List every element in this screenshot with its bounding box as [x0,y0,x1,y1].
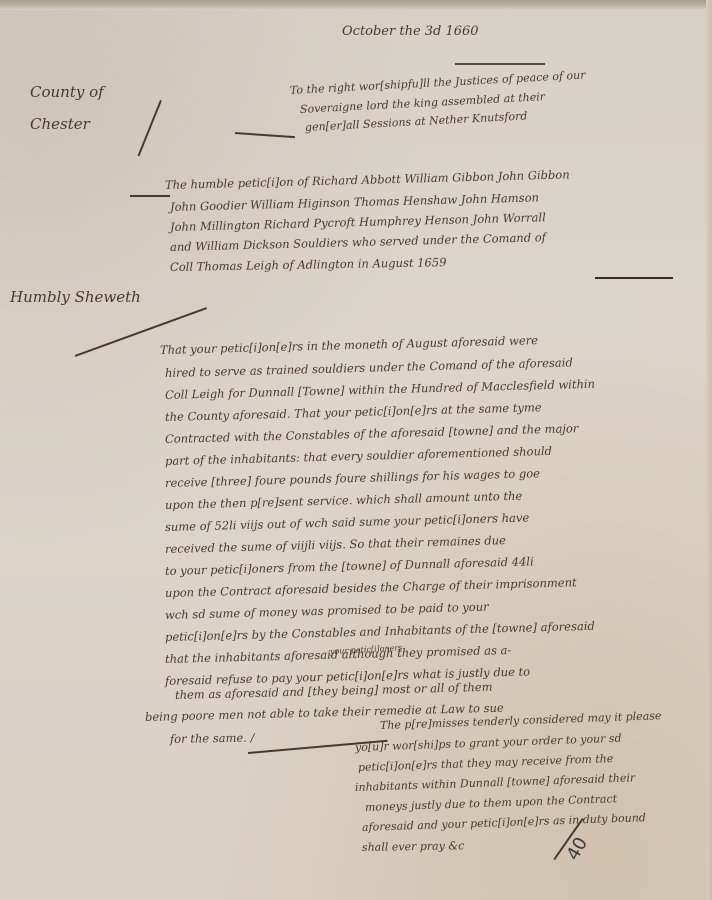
body-line-7: receive [three] foure pounds foure shill… [165,468,540,489]
body-line-10: received the sume of viijli viijs. So th… [165,535,506,555]
prayer-line-2: yo[u]r wor[shi]ps to grant your order to… [355,733,622,753]
body-line-9: sume of 52li viijs out of wch said sume … [165,512,530,533]
body-line-13: wch sd sume of money was promised to be … [165,602,489,622]
body-line-3: Coll Leigh for Dunnall [Towne] within th… [165,379,595,402]
body-line-1: That your petic[i]on[e]rs in the moneth … [160,335,538,356]
petition-heading-line-4: and William Dickson Souldiers who served… [170,232,546,253]
body-line-2: hired to serve as trained souldiers unde… [165,357,573,379]
petition-lead-stroke [130,195,170,197]
prayer-line-5: moneys justly due to them upon the Contr… [365,793,617,813]
page-right-edge [706,0,712,900]
body-line-19: for the same. / [170,733,255,746]
manuscript-page: October the 3d 1660 County of Chester To… [0,0,712,900]
prayer-line-7: shall ever pray &c [362,840,465,853]
humbly-sheweth: Humbly Sheweth [10,290,141,305]
prayer-line-4: inhabitants within Dunnall [towne] afore… [355,772,636,793]
page-top-edge [0,0,712,10]
petition-heading-line-1: The humble petic[i]on of Richard Abbott … [165,169,570,191]
county-heading-line-1: County of [30,80,104,104]
prayer-line-3: petic[i]on[e]rs that they may receive fr… [358,753,614,773]
county-heading-line-2: Chester [30,112,90,136]
body-line-6: part of the inhabitants: that every soul… [165,446,552,468]
date-underline [455,63,545,65]
petition-heading-line-5: Coll Thomas Leigh of Adlington in August… [170,257,447,273]
margin-slash [138,100,162,156]
petition-heading-line-2: John Goodier William Higinson Thomas Hen… [170,192,539,213]
body-line-5: Contracted with the Constables of the af… [165,423,579,445]
body-line-12: upon the Contract aforesaid besides the … [165,577,577,599]
year-underline [595,277,673,279]
address-lead-stroke [235,132,295,138]
petition-heading-line-3: John Millington Richard Pycroft Humphrey… [170,212,546,233]
prayer-line-6: aforesaid and your petic[i]on[e]rs as in… [362,812,646,833]
date-line: October the 3d 1660 [342,25,479,38]
body-line-8: upon the then p[re]sent service. which s… [165,491,523,512]
body-line-4: the County aforesaid. That your petic[i]… [165,402,542,423]
body-line-14: petic[i]on[e]rs by the Constables and In… [165,621,595,644]
body-line-11: to your petic[i]oners from the [towne] o… [165,556,534,577]
